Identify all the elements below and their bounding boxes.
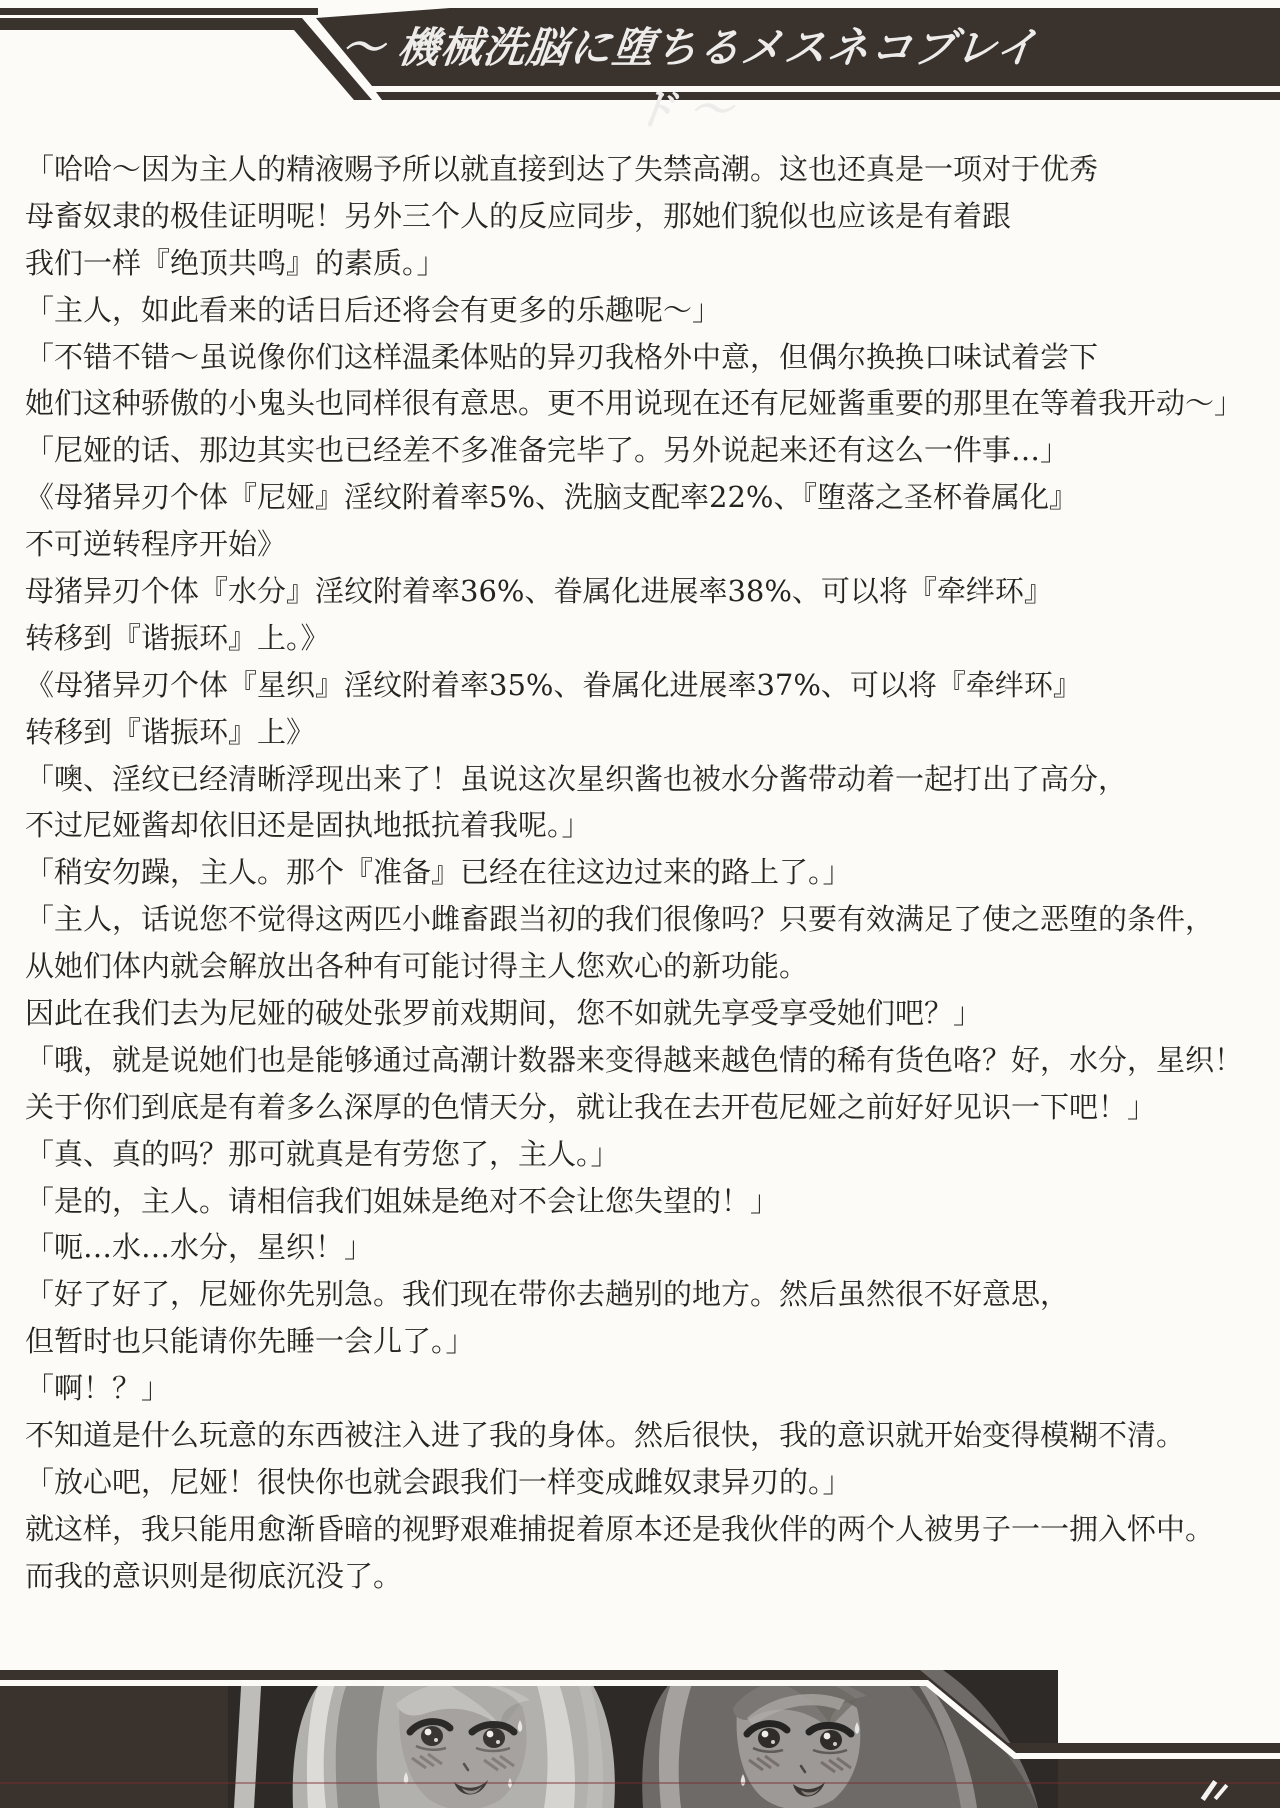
- text-line: 就这样，我只能用愈渐昏暗的视野艰难捕捉着原本还是我伙伴的两个人被男子一一拥入怀中…: [25, 1506, 1275, 1553]
- text-line: 「稍安勿躁，主人。那个『准备』已经在往这边过来的路上了。」: [25, 849, 1275, 896]
- text-line: 「噢、淫纹已经清晰浮现出来了！虽说这次星织酱也被水分酱带动着一起打出了高分，: [25, 756, 1275, 803]
- girl-left-face: [293, 1670, 615, 1808]
- text-line: 母畜奴隶的极佳证明呢！另外三个人的反应同步，那她们貌似也应该是有着跟: [25, 193, 1275, 240]
- text-line: 我们一样『绝顶共鸣』的素质。」: [25, 240, 1275, 287]
- text-line: 「放心吧，尼娅！很快你也就会跟我们一样变成雌奴隶异刃的。」: [25, 1459, 1275, 1506]
- text-line: 转移到『谐振环』上。》: [25, 615, 1275, 662]
- scanned-page: ～ 機械洗脳に堕ちるメスネコブレイド ～ 「哈哈～因为主人的精液赐予所以就直接到…: [0, 0, 1280, 1808]
- text-line: 「主人，话说您不觉得这两匹小雌畜跟当初的我们很像吗？只要有效满足了使之恶堕的条件…: [25, 896, 1275, 943]
- text-line: 不过尼娅酱却依旧还是固执地抵抗着我呢。」: [25, 802, 1275, 849]
- header: ～ 機械洗脳に堕ちるメスネコブレイド ～: [0, 0, 1280, 110]
- scan-artifact-line: [0, 1782, 1280, 1784]
- text-line: 「主人，如此看来的话日后还将会有更多的乐趣呢～」: [25, 287, 1275, 334]
- text-line: 「是的，主人。请相信我们姐妹是绝对不会让您失望的！」: [25, 1178, 1275, 1225]
- text-line: 而我的意识则是彻底沉没了。: [25, 1553, 1275, 1600]
- text-line: 「尼娅的话、那边其实也已经差不多准备完毕了。另外说起来还有这么一件事…」: [25, 427, 1275, 474]
- text-line: 「不错不错～虽说像你们这样温柔体贴的异刃我格外中意，但偶尔换换口味试着尝下: [25, 334, 1275, 381]
- text-line: 「哈哈～因为主人的精液赐予所以就直接到达了失禁高潮。这也还真是一项对于优秀: [25, 146, 1275, 193]
- text-line: 从她们体内就会解放出各种有可能讨得主人您欢心的新功能。: [25, 943, 1275, 990]
- text-line: 「啊！？」: [25, 1365, 1275, 1412]
- text-line: 母猪异刃个体『水分』淫纹附着率36%、眷属化进展率38%、可以将『牵绊环』: [25, 568, 1275, 615]
- text-line: 「好了好了，尼娅你先别急。我们现在带你去趟别的地方。然后虽然很不好意思，: [25, 1271, 1275, 1318]
- text-line: 「呃…水…水分，星织！」: [25, 1224, 1275, 1271]
- text-line: 她们这种骄傲的小鬼头也同样很有意思。更不用说现在还有尼娅酱重要的那里在等着我开动…: [25, 380, 1275, 427]
- text-line: 不可逆转程序开始》: [25, 521, 1275, 568]
- footer: [0, 1670, 1280, 1808]
- text-line: 但暂时也只能请你先睡一会儿了。」: [25, 1318, 1275, 1365]
- text-line: 关于你们到底是有着多么深厚的色情天分，就让我在去开苞尼娅之前好好见识一下吧！」: [25, 1084, 1275, 1131]
- text-line: 因此在我们去为尼娅的破处张罗前戏期间，您不如就先享受享受她们吧？」: [25, 990, 1275, 1037]
- text-line: 《母猪异刃个体『星织』淫纹附着率35%、眷属化进展率37%、可以将『牵绊环』: [25, 662, 1275, 709]
- page-title: ～ 機械洗脳に堕ちるメスネコブレイド ～: [327, 17, 1054, 79]
- text-line: 不知道是什么玩意的东西被注入进了我的身体。然后很快，我的意识就开始变得模糊不清。: [25, 1412, 1275, 1459]
- body-text: 「哈哈～因为主人的精液赐予所以就直接到达了失禁高潮。这也还真是一项对于优秀母畜奴…: [25, 146, 1275, 1600]
- text-line: 《母猪异刃个体『尼娅』淫纹附着率5%、洗脑支配率22%、『堕落之圣杯眷属化』: [25, 474, 1275, 521]
- text-line: 转移到『谐振环』上》: [25, 709, 1275, 756]
- text-line: 「哦，就是说她们也是能够通过高潮计数器来变得越来越色情的稀有货色咯？好，水分，星…: [25, 1037, 1275, 1084]
- text-line: 「真、真的吗？那可就真是有劳您了，主人。」: [25, 1131, 1275, 1178]
- header-accent-bar-top: [0, 8, 318, 15]
